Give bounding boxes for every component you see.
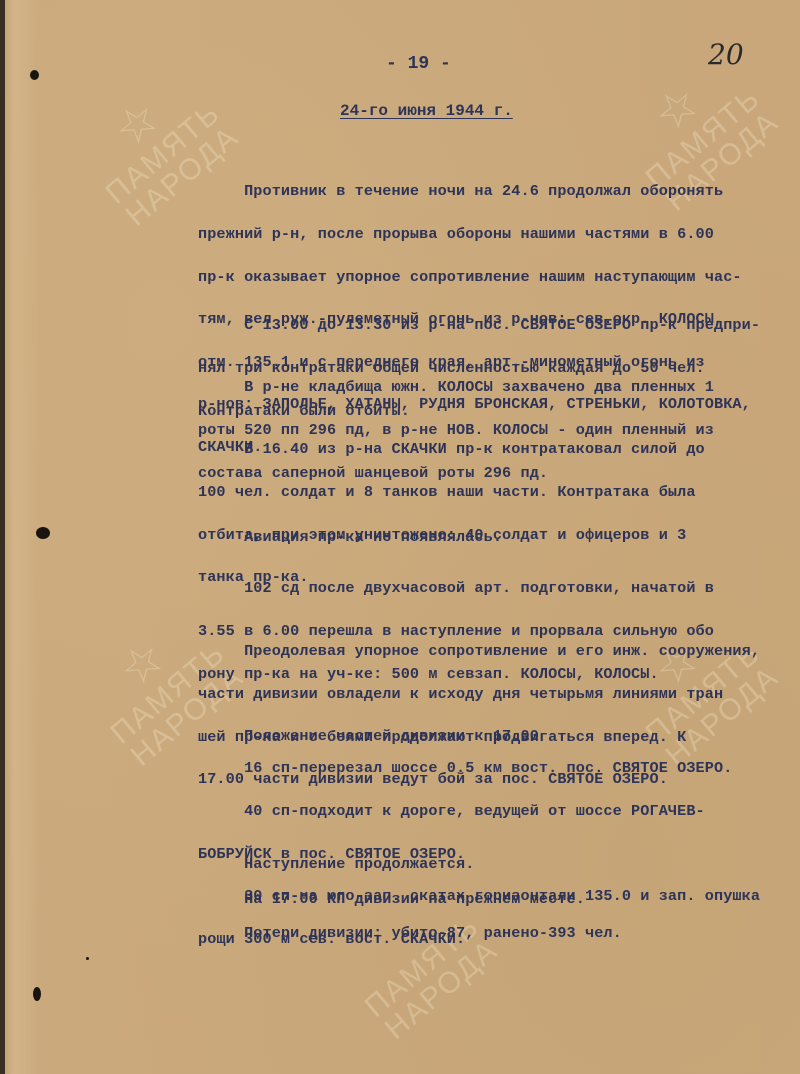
punch-hole-mark: [36, 527, 50, 539]
text-line: В 16.40 из р-на СКАЧКИ пр-к контратакова…: [198, 442, 798, 456]
scan-left-edge: [0, 0, 5, 1074]
text-line: части дивизии овладели к исходу дня четы…: [198, 687, 798, 701]
text-line: 16 сп-перерезал шоссе 0.5 км вост. пос. …: [198, 761, 798, 775]
archival-document-page: ☆ ПАМЯТЬ НАРОДА ☆ ПАМЯТЬ НАРОДА ☆ ПАМЯТЬ…: [0, 0, 800, 1074]
page-number: - 19 -: [386, 54, 451, 74]
text-line: прежний р-н, после прорыва обороны нашим…: [198, 227, 798, 241]
text-line: В р-не кладбища южн. КОЛОСЫ захвачено дв…: [198, 380, 798, 394]
text-line: 100 чел. солдат и 8 танков наши части. К…: [198, 485, 798, 499]
star-icon: ☆: [70, 61, 207, 187]
date-heading: 24-го июня 1944 г.: [340, 102, 513, 120]
text-line: 102 сд после двухчасовой арт. подготовки…: [198, 581, 798, 595]
star-icon: ☆: [75, 601, 212, 727]
text-line: Преодолевая упорное сопротивление и его …: [198, 644, 798, 658]
handwritten-sheet-number: 20: [708, 38, 744, 71]
text-line: С 13.00 до 13.30 из р-на пос. СВЯТОЕ ОЗЕ…: [198, 318, 798, 332]
text-line: 40 сп-подходит к дороге, ведущей от шосс…: [198, 804, 798, 818]
text-line: Противник в течение ночи на 24.6 продолж…: [198, 184, 798, 198]
punch-hole-mark: [86, 957, 89, 960]
text-line: Потери дивизии: убито-87, ранено-393 чел…: [198, 926, 798, 940]
text-line: пр-к оказывает упорное сопротивление наш…: [198, 270, 798, 284]
paragraph-losses: Потери дивизии: убито-87, ранено-393 чел…: [198, 898, 798, 969]
punch-hole-mark: [30, 70, 39, 80]
text-line: Авиация пр-ка не появлялась.: [198, 530, 798, 544]
punch-hole-mark: [33, 987, 41, 1001]
